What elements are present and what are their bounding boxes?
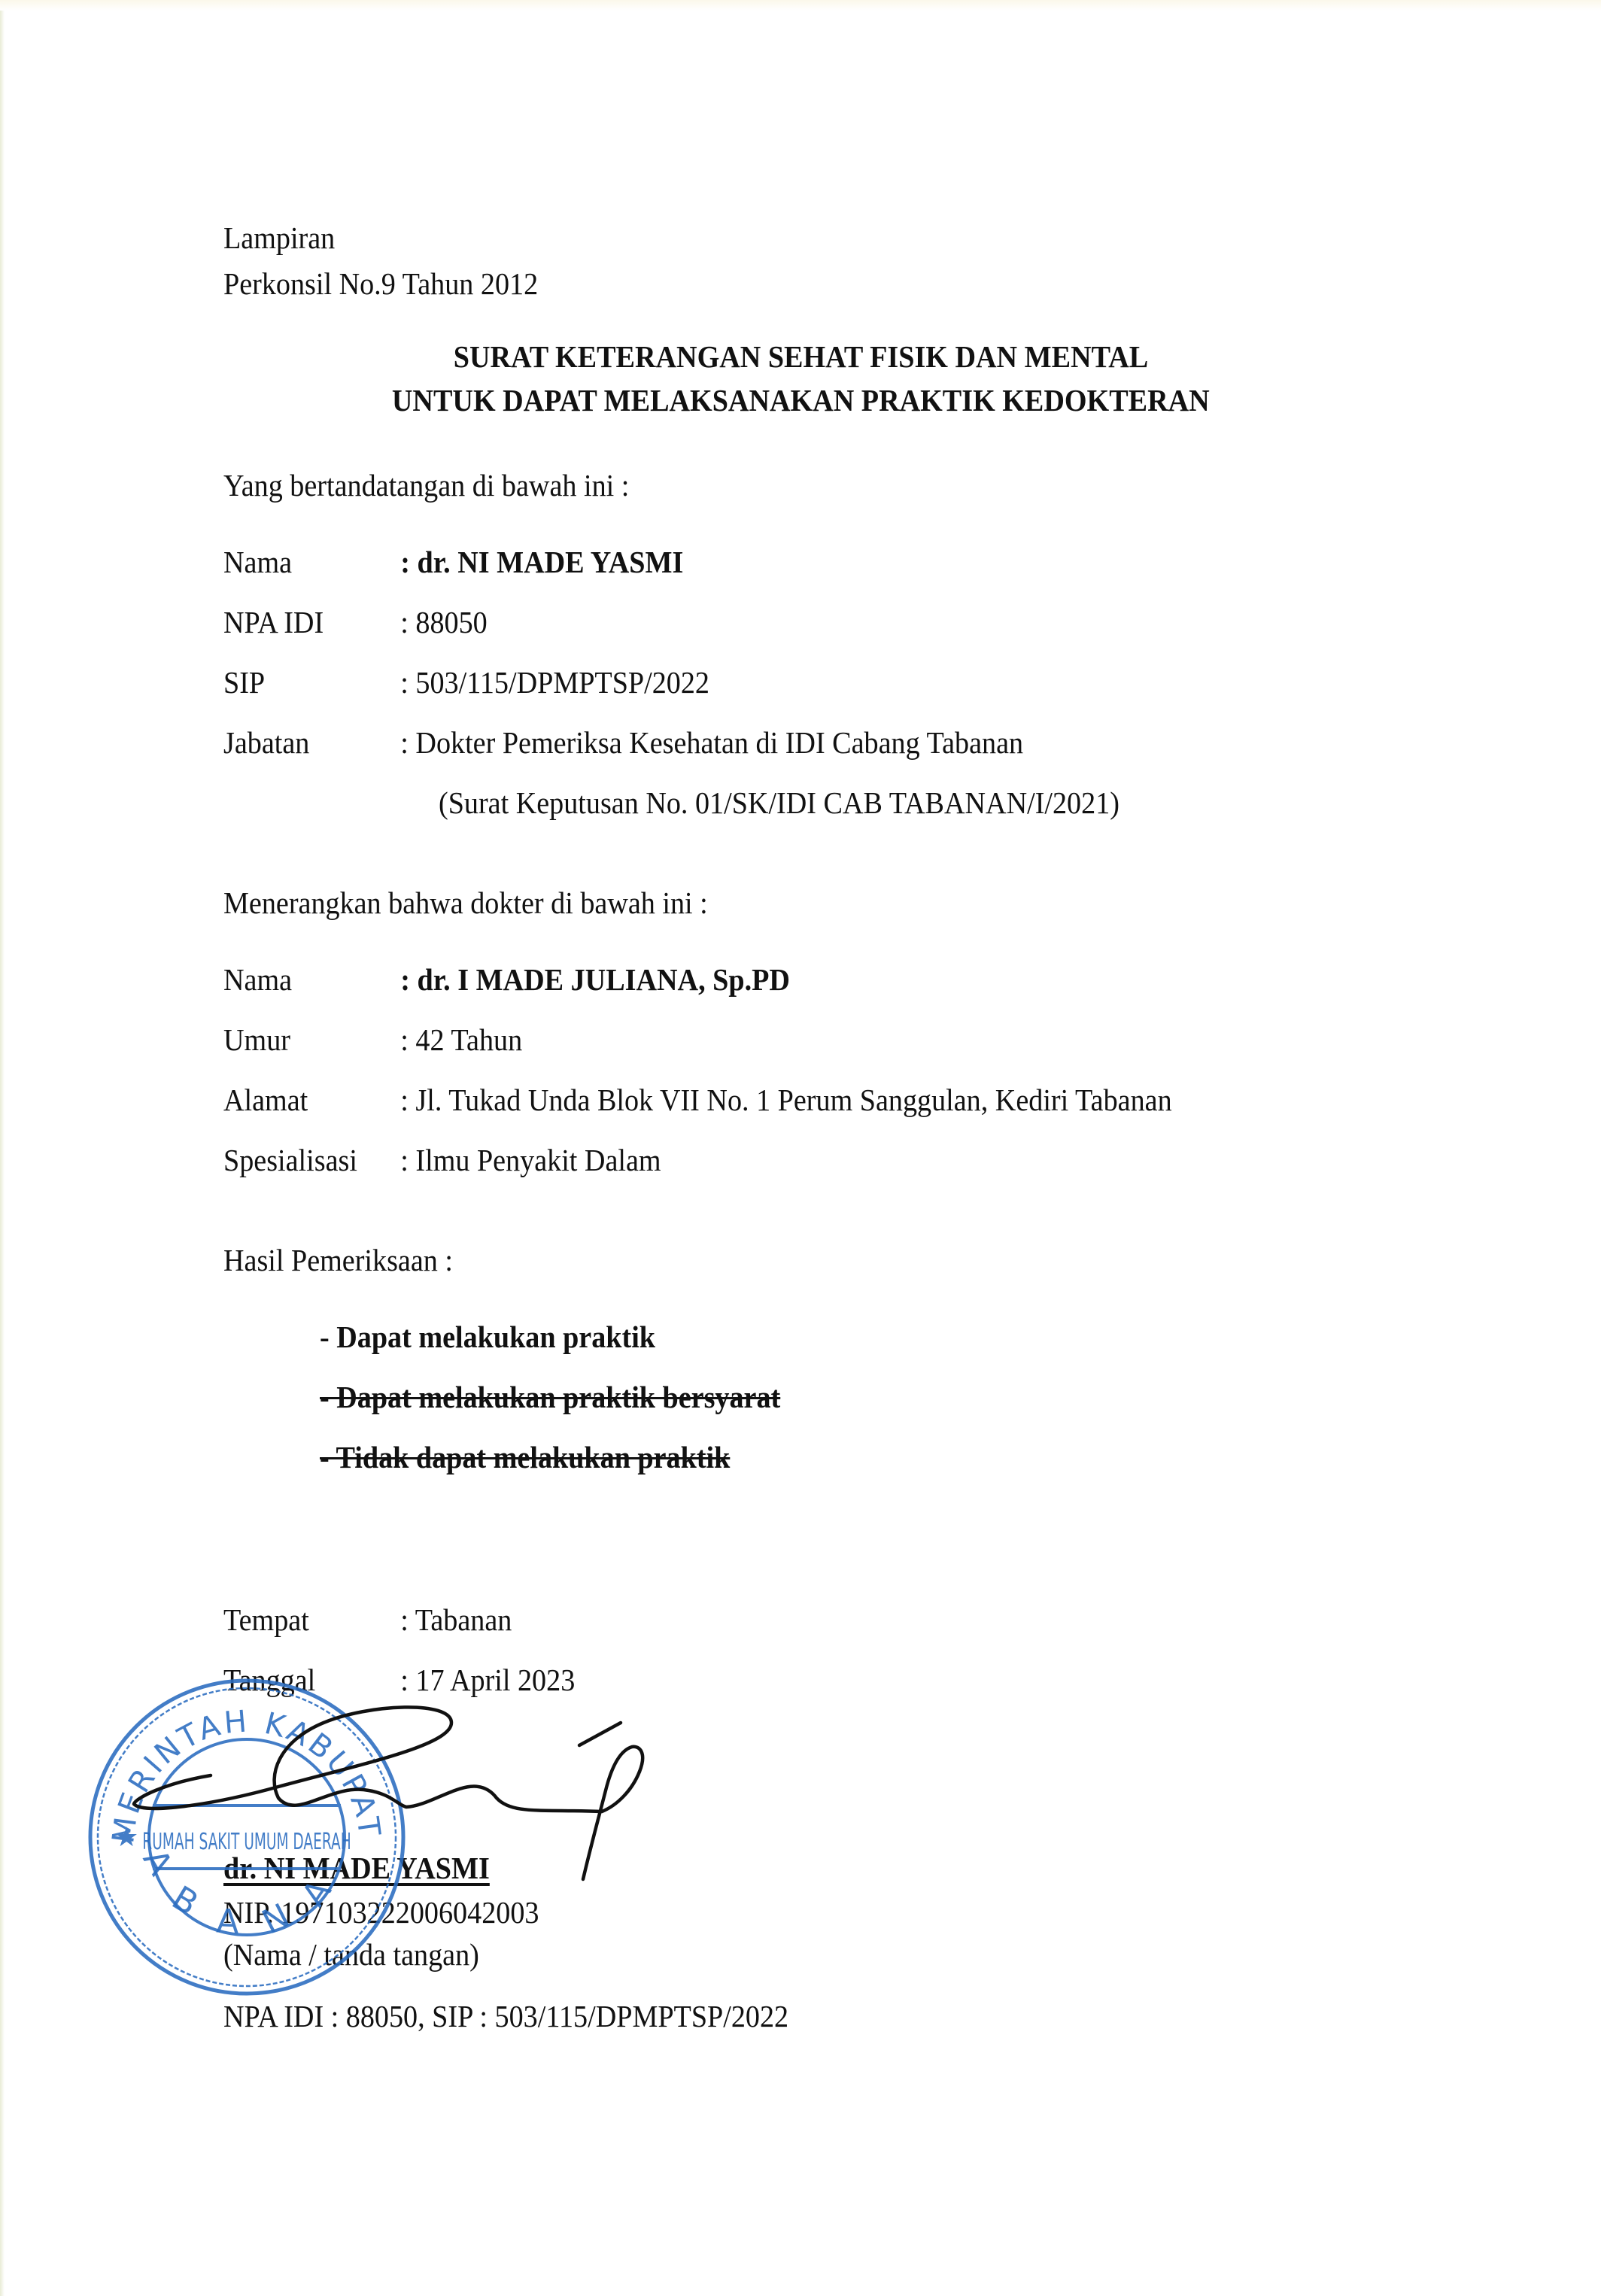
field-value: : Ilmu Penyakit Dalam (400, 1145, 661, 1176)
regulation-reference: Perkonsil No.9 Tahun 2012 (223, 269, 538, 299)
signer-decree: (Surat Keputusan No. 01/SK/IDI CAB TABAN… (439, 788, 1119, 818)
results-heading: Hasil Pemeriksaan : (223, 1245, 453, 1276)
field-label: SIP (223, 667, 265, 698)
field-value: : dr. NI MADE YASMI (400, 547, 683, 578)
title-line1-text: SURAT KETERANGAN SEHAT FISIK DAN MENTAL (453, 342, 1147, 372)
field-value: : Dokter Pemeriksa Kesehatan di IDI Caba… (400, 727, 1023, 758)
result-option-conditional: - Dapat melakukan praktik bersyarat (320, 1382, 780, 1413)
field-label: Nama (223, 964, 292, 995)
field-value: : Tabanan (400, 1605, 512, 1635)
field-value: : 17 April 2023 (400, 1665, 575, 1696)
subject-intro: Menerangkan bahwa dokter di bawah ini : (223, 888, 708, 919)
field-label: Alamat (223, 1085, 308, 1116)
field-label: Jabatan (223, 727, 309, 758)
field-label: NPA IDI (223, 607, 324, 638)
field-label: Umur (223, 1025, 290, 1055)
signatory-credentials: NPA IDI : 88050, SIP : 503/115/DPMPTSP/2… (223, 2001, 788, 2032)
attachment-label: Lampiran (223, 223, 335, 254)
field-label: Nama (223, 547, 292, 578)
result-option-fit: - Dapat melakukan praktik (320, 1322, 655, 1353)
result-option-unfit: - Tidak dapat melakukan praktik (320, 1442, 730, 1473)
page-top-shadow (0, 0, 1601, 11)
field-value: : 88050 (400, 607, 487, 638)
field-value: : 42 Tahun (400, 1025, 522, 1055)
field-label: Spesialisasi (223, 1145, 357, 1176)
signer-intro: Yang bertandatangan di bawah ini : (223, 470, 629, 501)
document-title-line2: UNTUK DAPAT MELAKSANAKAN PRAKTIK KEDOKTE… (0, 385, 1601, 416)
field-value: : Jl. Tukad Unda Blok VII No. 1 Perum Sa… (400, 1085, 1171, 1116)
field-value: : dr. I MADE JULIANA, Sp.PD (400, 964, 790, 995)
title-line2-text: UNTUK DAPAT MELAKSANAKAN PRAKTIK KEDOKTE… (392, 385, 1210, 416)
handwritten-signature-icon (120, 1693, 647, 1888)
field-label: Tempat (223, 1605, 309, 1635)
field-value: : 503/115/DPMPTSP/2022 (400, 667, 709, 698)
document-title-line1: SURAT KETERANGAN SEHAT FISIK DAN MENTAL (0, 342, 1601, 372)
